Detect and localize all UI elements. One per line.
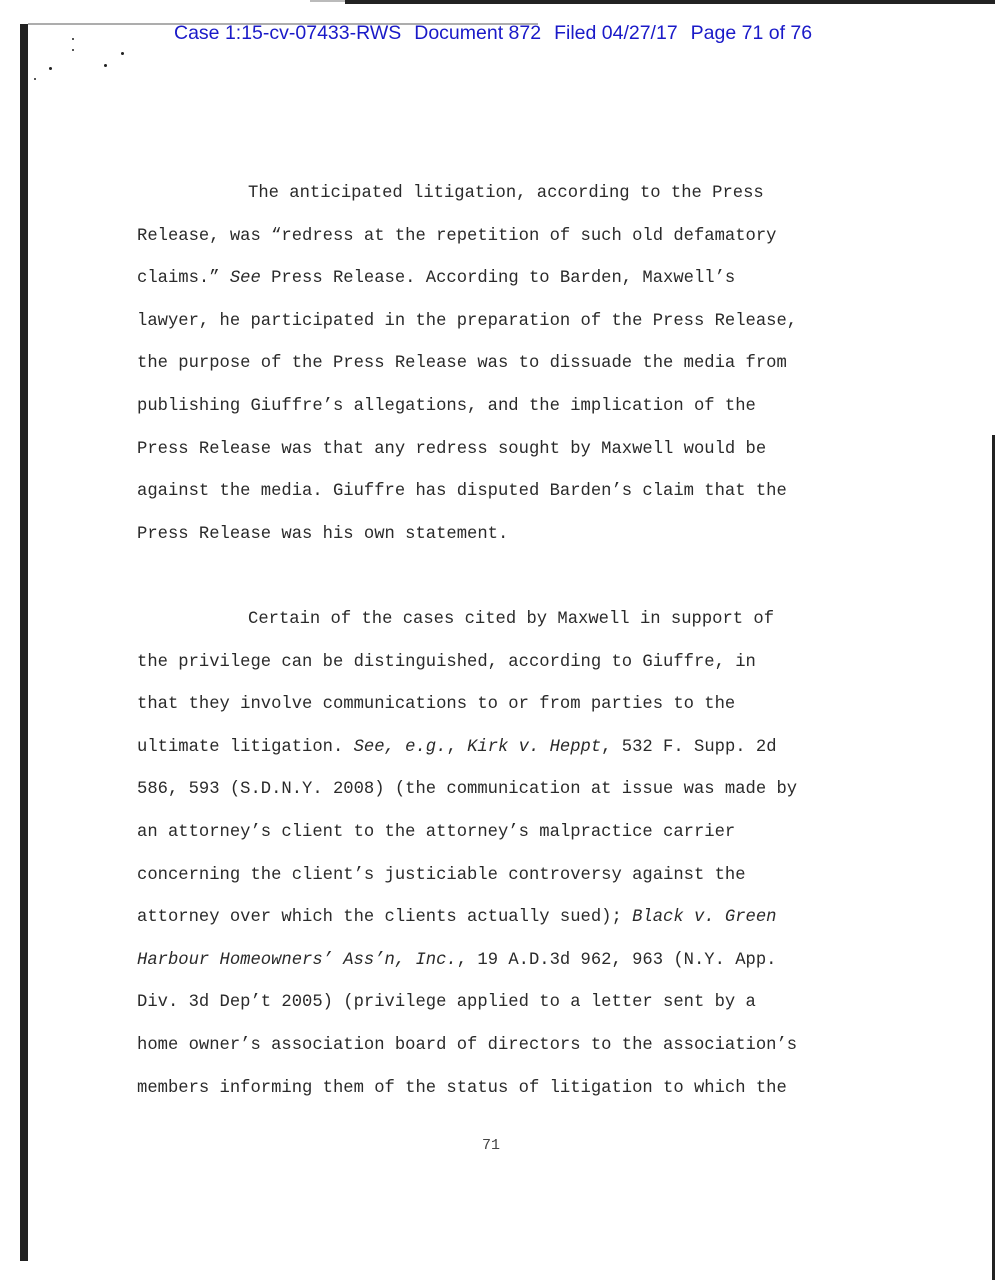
scan-edge-top [345,0,995,4]
text-run: home owner’s association board of direct… [137,1036,797,1055]
case-number: Case 1:15-cv-07433-RWS [174,22,401,44]
page-number: 71 [482,1137,500,1154]
text-line: the purpose of the Press Release was to … [137,343,797,386]
italic-citation: Harbour Homeowners’ Ass’n, Inc. [137,951,457,970]
text-run: , 19 A.D.3d 962, 963 (N.Y. App. [457,951,777,970]
text-line: claims.” See Press Release. According to… [137,258,797,301]
scan-edge-left [20,24,28,1261]
text-run: ultimate litigation. [137,738,354,757]
italic-citation: See, e.g. [354,738,447,757]
text-line: Press Release was that any redress sough… [137,429,797,472]
text-run: Press Release was his own statement. [137,525,508,544]
italic-citation: Black v. Green [632,908,776,927]
text-line: attorney over which the clients actually… [137,897,797,940]
text-run: members informing them of the status of … [137,1079,787,1098]
text-line: Certain of the cases cited by Maxwell in… [137,599,797,642]
ecf-filing-header: Case 1:15-cv-07433-RWSDocument 872Filed … [174,22,825,45]
text-run: , 532 F. Supp. 2d [601,738,776,757]
text-run: The anticipated litigation, according to… [248,184,764,203]
text-line: that they involve communications to or f… [137,684,797,727]
text-run: Div. 3d Dep’t 2005) (privilege applied t… [137,993,756,1012]
text-line: members informing them of the status of … [137,1068,797,1111]
paragraph-cases-cited: Certain of the cases cited by Maxwell in… [137,599,797,1110]
text-run: , [446,738,467,757]
text-run: against the media. Giuffre has disputed … [137,482,787,501]
text-line: Div. 3d Dep’t 2005) (privilege applied t… [137,982,797,1025]
paragraph-press-release: The anticipated litigation, according to… [137,173,797,556]
text-line: Harbour Homeowners’ Ass’n, Inc., 19 A.D.… [137,940,797,983]
text-run: the purpose of the Press Release was to … [137,354,787,373]
text-run: claims.” [137,269,230,288]
text-line: concerning the client’s justiciable cont… [137,855,797,898]
text-line: home owner’s association board of direct… [137,1025,797,1068]
text-run: 586, 593 (S.D.N.Y. 2008) (the communicat… [137,780,797,799]
text-run: Press Release. According to Barden, Maxw… [261,269,735,288]
text-line: The anticipated litigation, according to… [137,173,797,216]
italic-citation: Kirk v. Heppt [467,738,601,757]
text-run: publishing Giuffre’s allegations, and th… [137,397,756,416]
text-line: lawyer, he participated in the preparati… [137,301,797,344]
text-line: Press Release was his own statement. [137,514,797,557]
text-run: lawyer, he participated in the preparati… [137,312,797,331]
text-line: Release, was “redress at the repetition … [137,216,797,259]
document-number: Document 872 [414,22,541,44]
filed-date: Filed 04/27/17 [554,22,678,44]
text-run: Press Release was that any redress sough… [137,440,766,459]
text-run: an attorney’s client to the attorney’s m… [137,823,735,842]
page-of-total: Page 71 of 76 [691,22,812,44]
italic-citation: See [230,269,261,288]
text-line: ultimate litigation. See, e.g., Kirk v. … [137,727,797,770]
text-run: that they involve communications to or f… [137,695,735,714]
text-line: 586, 593 (S.D.N.Y. 2008) (the communicat… [137,769,797,812]
text-line: an attorney’s client to the attorney’s m… [137,812,797,855]
text-run: attorney over which the clients actually… [137,908,632,927]
text-line: the privilege can be distinguished, acco… [137,642,797,685]
text-line: publishing Giuffre’s allegations, and th… [137,386,797,429]
scan-edge-light [310,0,350,2]
text-run: Release, was “redress at the repetition … [137,227,776,246]
text-line: against the media. Giuffre has disputed … [137,471,797,514]
text-run: Certain of the cases cited by Maxwell in… [248,610,774,629]
text-run: the privilege can be distinguished, acco… [137,653,756,672]
text-run: concerning the client’s justiciable cont… [137,866,746,885]
